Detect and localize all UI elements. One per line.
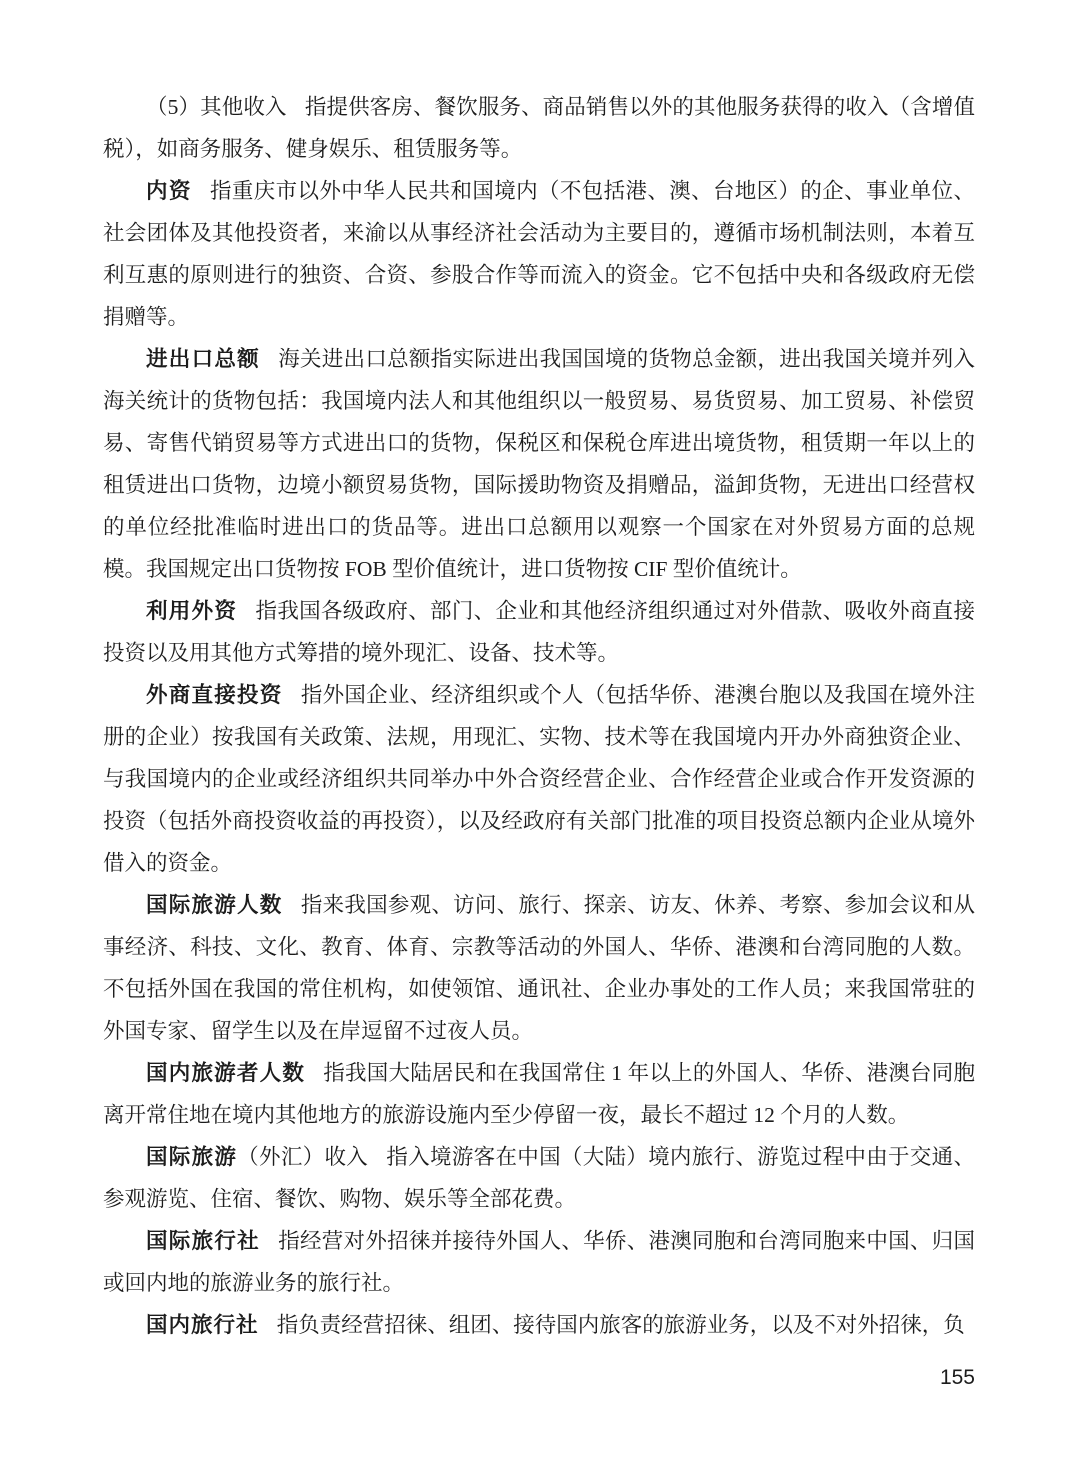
glossary-paragraph-international-tourism-income: 国际旅游（外汇）收入指入境游客在中国（大陆）境内旅行、游览过程中由于交通、参观游… xyxy=(103,1136,975,1220)
glossary-text-block: （5）其他收入指提供客房、餐饮服务、商品销售以外的其他服务获得的收入（含增值税）… xyxy=(103,86,975,1346)
glossary-paragraph-domestic-tourist-numbers: 国内旅游者人数指我国大陆居民和在我国常住 1 年以上的外国人、华侨、港澳台同胞离… xyxy=(103,1052,975,1136)
glossary-term: 国际旅行社 xyxy=(146,1229,260,1253)
paragraph-body: 指重庆市以外中华人民共和国境内（不包括港、澳、台地区）的企、事业单位、社会团体及… xyxy=(103,179,975,329)
glossary-term: 国际旅游人数 xyxy=(146,893,283,917)
glossary-paragraph-domestic-capital: 内资指重庆市以外中华人民共和国境内（不包括港、澳、台地区）的企、事业单位、社会团… xyxy=(103,170,975,338)
glossary-paragraph-domestic-travel-agency: 国内旅行社指负责经营招徕、组团、接待国内旅客的旅游业务，以及不对外招徕，负 xyxy=(103,1304,975,1346)
paragraph-body: 指外国企业、经济组织或个人（包括华侨、港澳台胞以及我国在境外注册的企业）按我国有… xyxy=(103,683,975,875)
page-number: 155 xyxy=(940,1366,975,1390)
term-head: 国内旅游者人数 xyxy=(146,1061,305,1085)
glossary-term: 进出口总额 xyxy=(146,347,260,371)
glossary-term: 外商直接投资 xyxy=(146,683,283,707)
term-suffix: （外汇）收入 xyxy=(237,1145,368,1169)
document-page: （5）其他收入指提供客房、餐饮服务、商品销售以外的其他服务获得的收入（含增值税）… xyxy=(0,0,1074,1458)
glossary-term: 国际旅游 xyxy=(146,1145,237,1169)
term-head: （5）其他收入 xyxy=(146,95,287,119)
term-head: 内资 xyxy=(146,179,192,203)
term-head: 国际旅游（外汇）收入 xyxy=(146,1145,368,1169)
glossary-paragraph-other-income: （5）其他收入指提供客房、餐饮服务、商品销售以外的其他服务获得的收入（含增值税）… xyxy=(103,86,975,170)
glossary-term: 利用外资 xyxy=(146,599,237,623)
term-head: 国际旅游人数 xyxy=(146,893,283,917)
paragraph-lead: （5）其他收入 xyxy=(146,95,287,119)
glossary-term: 内资 xyxy=(146,179,192,203)
term-head: 进出口总额 xyxy=(146,347,260,371)
glossary-paragraph-international-tourist-arrivals: 国际旅游人数指来我国参观、访问、旅行、探亲、访友、休养、考察、参加会议和从事经济… xyxy=(103,884,975,1052)
paragraph-body: 海关进出口总额指实际进出我国国境的货物总金额，进出我国关境并列入海关统计的货物包… xyxy=(103,347,975,581)
term-head: 外商直接投资 xyxy=(146,683,283,707)
glossary-paragraph-foreign-direct-investment: 外商直接投资指外国企业、经济组织或个人（包括华侨、港澳台胞以及我国在境外注册的企… xyxy=(103,674,975,884)
paragraph-body: 指负责经营招徕、组团、接待国内旅客的旅游业务，以及不对外招徕，负 xyxy=(277,1313,965,1337)
glossary-term: 国内旅行社 xyxy=(146,1313,259,1337)
term-head: 利用外资 xyxy=(146,599,237,623)
term-head: 国内旅行社 xyxy=(146,1313,259,1337)
glossary-paragraph-international-travel-agency: 国际旅行社指经营对外招徕并接待外国人、华侨、港澳同胞和台湾同胞来中国、归国或回内… xyxy=(103,1220,975,1304)
glossary-paragraph-import-export-total: 进出口总额海关进出口总额指实际进出我国国境的货物总金额，进出我国关境并列入海关统… xyxy=(103,338,975,590)
glossary-term: 国内旅游者人数 xyxy=(146,1061,305,1085)
glossary-paragraph-foreign-capital-utilization: 利用外资指我国各级政府、部门、企业和其他经济组织通过对外借款、吸收外商直接投资以… xyxy=(103,590,975,674)
term-head: 国际旅行社 xyxy=(146,1229,260,1253)
